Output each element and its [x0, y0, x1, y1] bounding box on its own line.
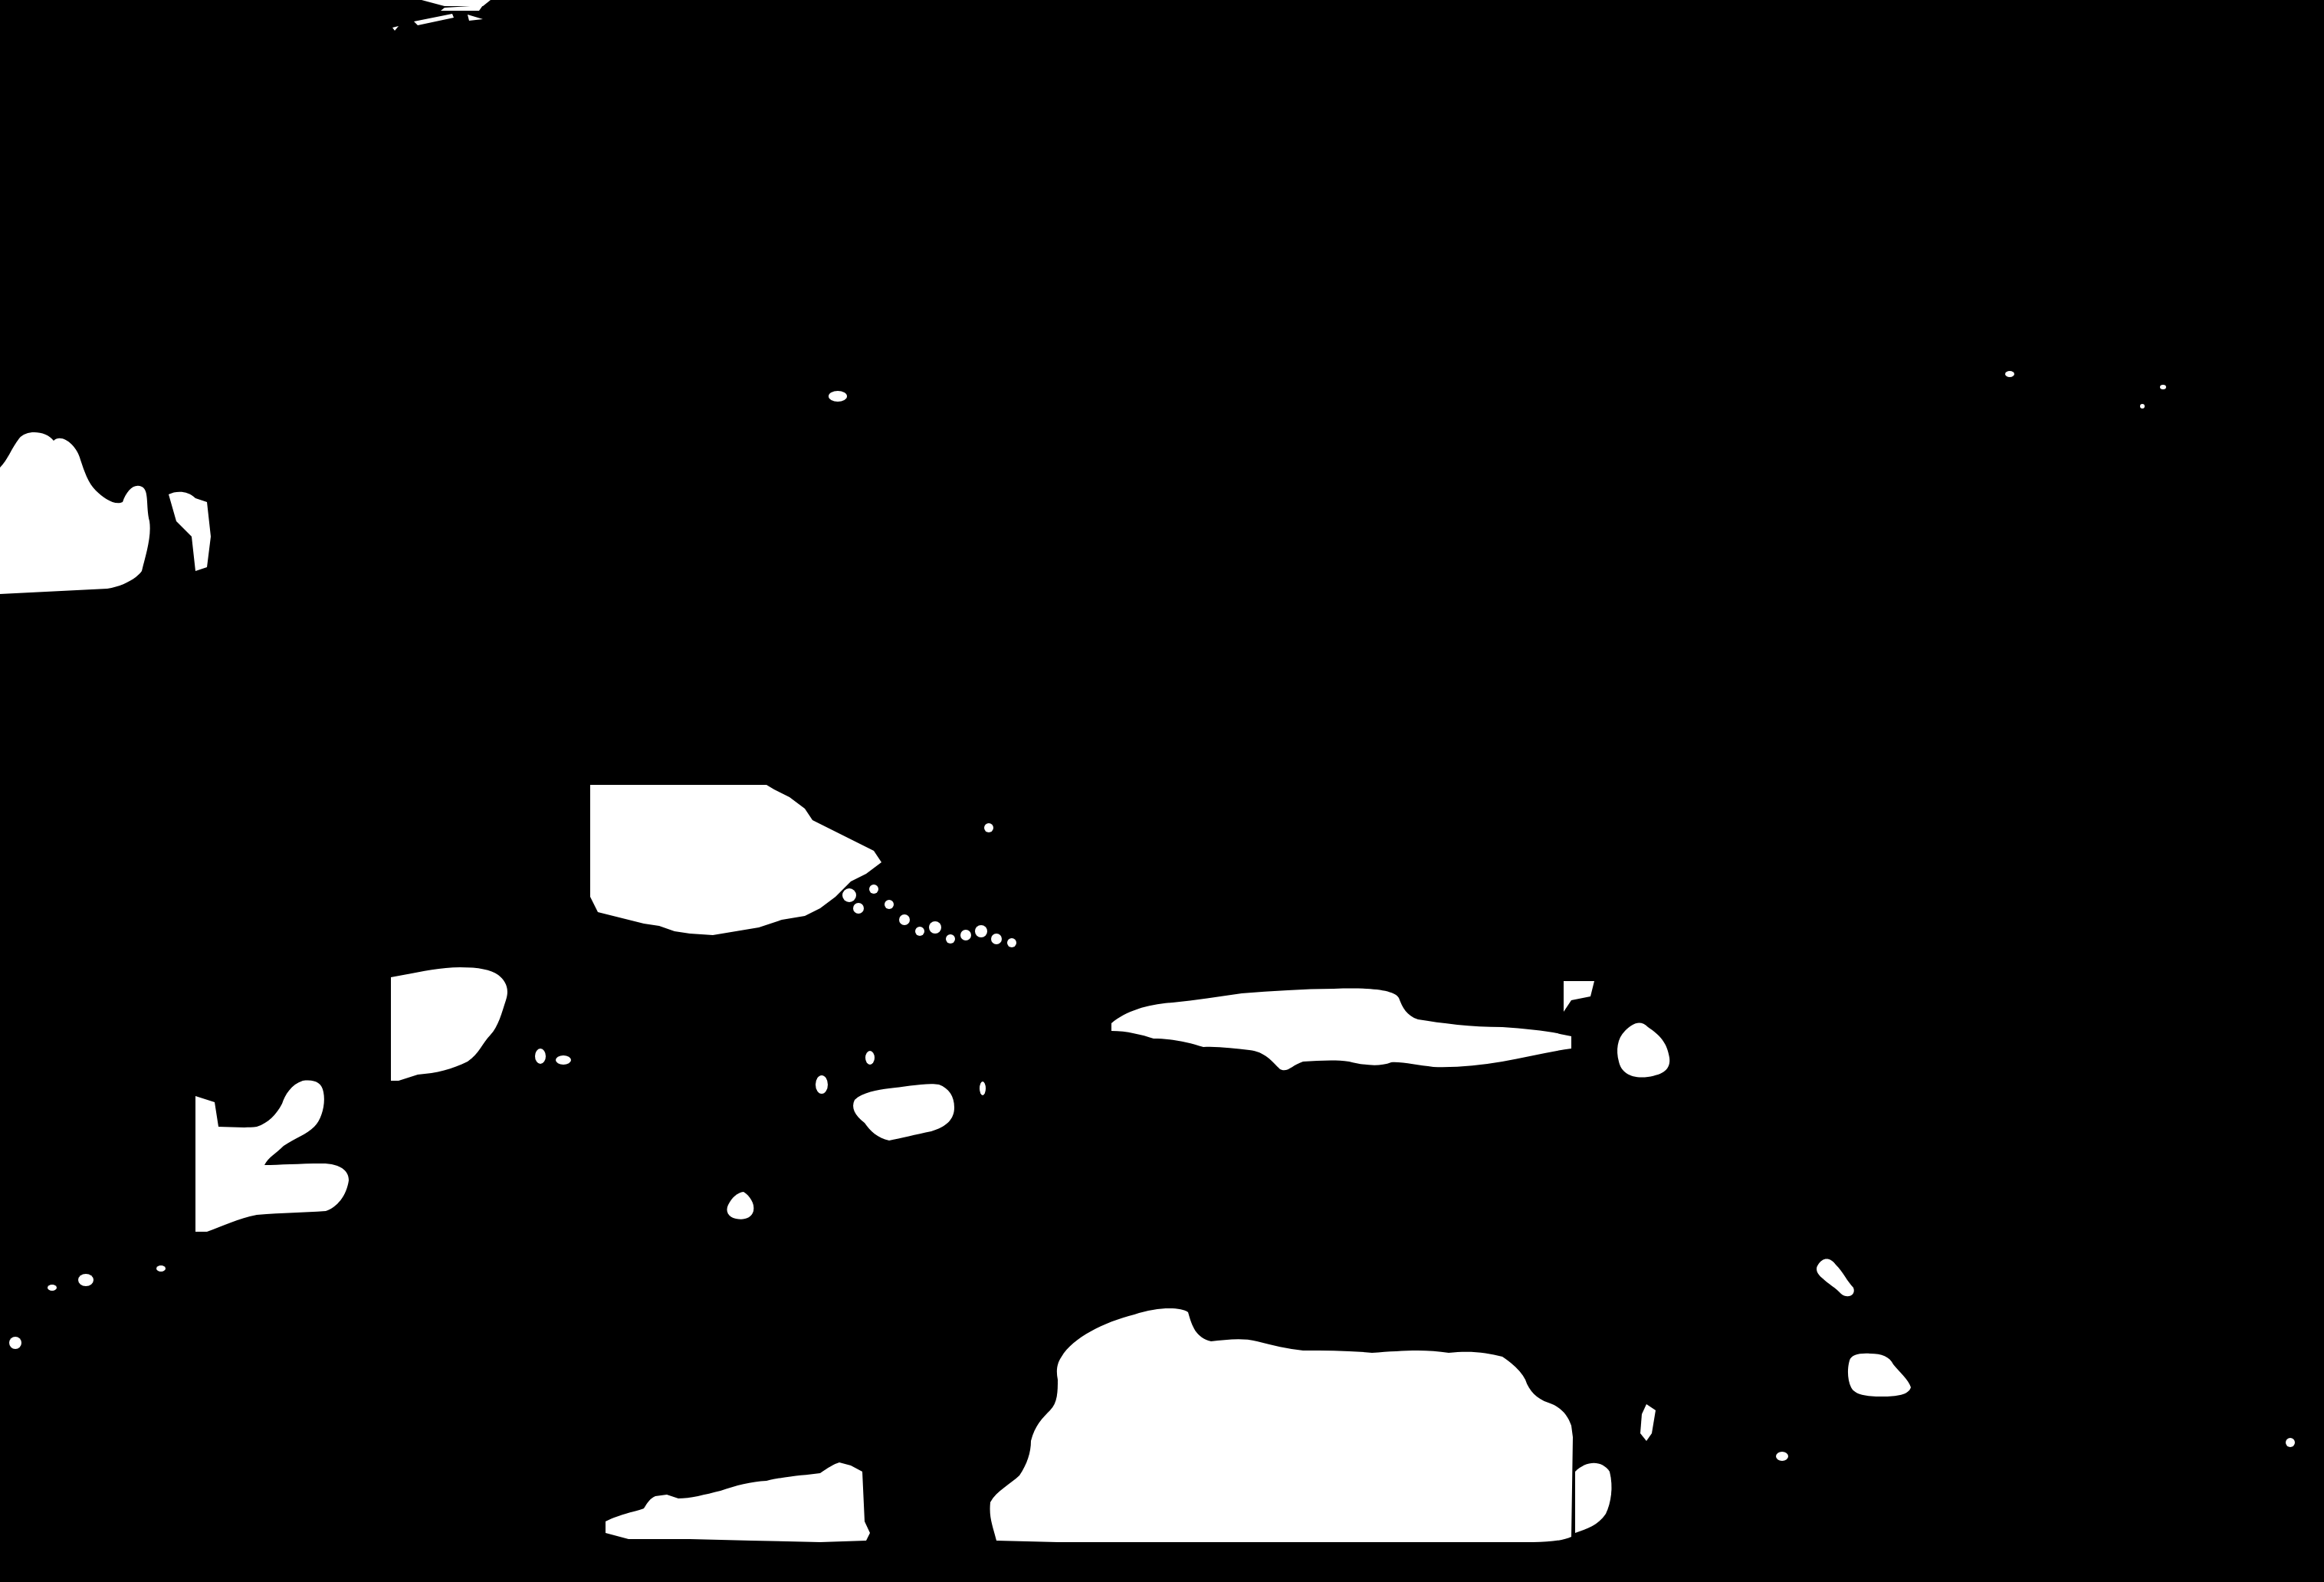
right-lower-blob-b: [1848, 1354, 1911, 1397]
left-speck: [535, 1049, 546, 1064]
right-small-blob: [1617, 1023, 1669, 1078]
center-oval-satellite: [865, 1051, 875, 1065]
center-right-band: [1111, 981, 1594, 1070]
far-left-specks: [9, 371, 2295, 1461]
bottom-center-large-blob: [990, 1308, 1573, 1542]
left-lower-blob-a: [391, 967, 507, 1081]
right-lower-blob-a: [1817, 1259, 1854, 1297]
left-lower-blob-b: [195, 1081, 349, 1232]
center-oval-satellite: [980, 1081, 986, 1095]
center-small-drop: [727, 1192, 753, 1219]
small-dot-upper-center: [829, 391, 847, 402]
center-oval: [853, 1084, 954, 1141]
center-oval-satellite: [816, 1075, 828, 1094]
center-large-blob: [590, 785, 1016, 947]
bottom-left-strip: [606, 1462, 870, 1542]
left-mid-cluster: [0, 432, 211, 594]
left-speck: [556, 1055, 571, 1065]
bottom-center-large-blob-edge: [1640, 1404, 1656, 1441]
segmentation-mask: [0, 0, 2324, 1582]
top-center-streaks: [392, 0, 491, 31]
bottom-center-large-blob-edge: [1575, 1463, 1611, 1533]
